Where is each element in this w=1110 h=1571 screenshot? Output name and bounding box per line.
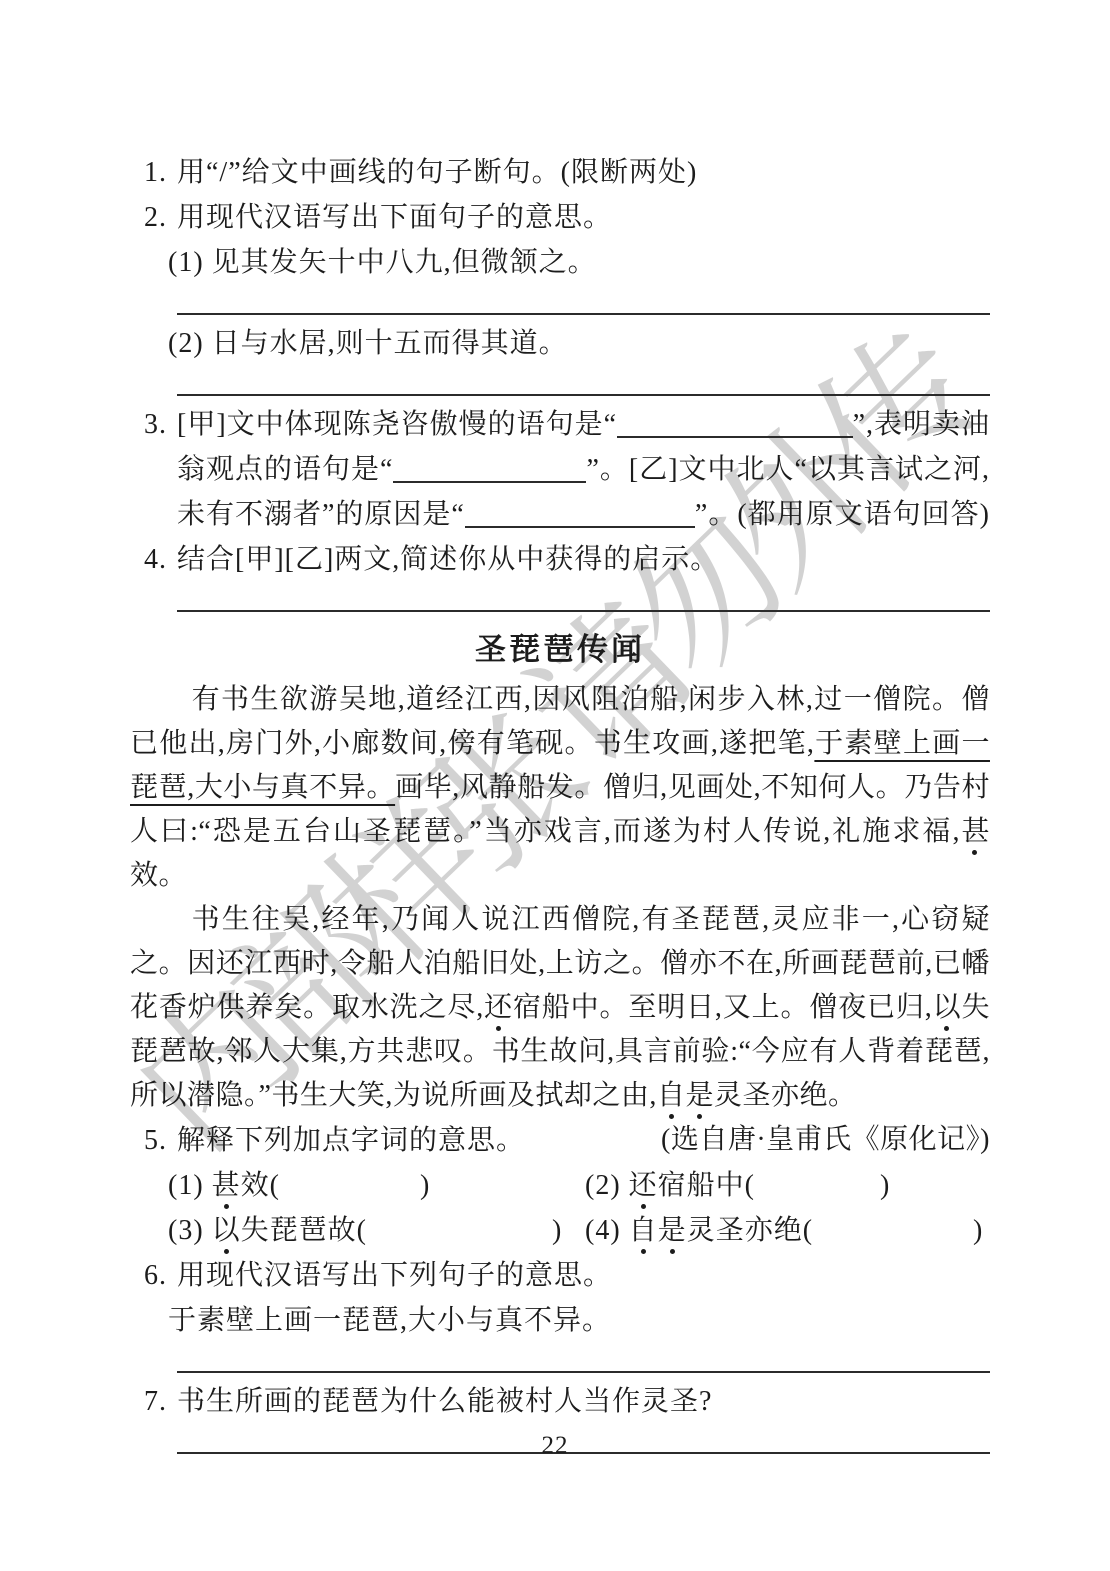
fill-blank: [393, 473, 586, 483]
question-text: 用现代汉语写出下面句子的意思。: [177, 195, 990, 240]
passage-title: 圣琵琶传闻: [130, 626, 990, 674]
question-line: 3.[甲]文中体现陈尧咨傲慢的语句是“”,表明卖油: [130, 402, 990, 447]
question-text: [甲]文中体现陈尧咨傲慢的语句是“”,表明卖油: [177, 402, 990, 447]
text-run: 宿船中(: [658, 1170, 755, 1201]
text-run: 书生所画的琵琶为什么能被村人当作灵圣?: [177, 1386, 712, 1417]
emphasized-char: 以: [932, 992, 961, 1023]
paren-gap: [755, 1193, 880, 1194]
text-run: ”。[乙]文中北人“以其言试之河,: [586, 447, 990, 492]
text-run: ): [420, 1170, 430, 1201]
question-line: 1.用“/”给文中画线的句子断句。(限断两处): [130, 150, 990, 195]
questions-section-1: 1.用“/”给文中画线的句子断句。(限断两处)2.用现代汉语写出下面句子的意思。…: [130, 150, 990, 612]
emphasized-char: 是: [658, 1215, 687, 1246]
definition-item: (4) 自是灵圣亦绝(): [585, 1208, 990, 1253]
question-line: 5.解释下列加点字词的意思。: [130, 1118, 599, 1163]
text-run: 灵圣亦绝(: [687, 1215, 813, 1246]
passage-section: 有书生欲游吴地,道经江西,因风阻泊船,闲步入林,过一僧院。僧已他出,房门外,小廊…: [130, 678, 990, 1118]
definition-item: (3) 以失琵琶故(): [168, 1208, 585, 1253]
text-run: (1): [168, 1170, 212, 1201]
question-line: 4.结合[甲][乙]两文,简述你从中获得的启示。: [130, 537, 990, 582]
text-run: 用“/”给文中画线的句子断句。(限断两处): [177, 157, 697, 188]
text-run: 翁观点的语句是“: [177, 447, 393, 492]
question-number: 6.: [144, 1253, 177, 1298]
text-run: ): [973, 1215, 983, 1246]
question-number: 5.: [144, 1118, 177, 1163]
text-run: 用现代汉语写出下列句子的意思。: [177, 1260, 612, 1291]
text-run: 用现代汉语写出下面句子的意思。: [177, 202, 612, 233]
question-continuation: 翁观点的语句是“”。[乙]文中北人“以其言试之河,: [177, 447, 990, 492]
text-run: (2) 日与水居,则十五而得其道。: [168, 328, 568, 359]
text-run: 效(: [241, 1170, 280, 1201]
question-number: 7.: [144, 1379, 177, 1424]
text-run: 灵圣亦绝。: [714, 1080, 857, 1111]
emphasized-char: 甚: [212, 1170, 241, 1201]
passage-paragraph: 有书生欲游吴地,道经江西,因风阻泊船,闲步入林,过一僧院。僧已他出,房门外,小廊…: [130, 678, 990, 898]
text-run: 效。: [130, 860, 187, 891]
emphasized-char: 还: [484, 992, 513, 1023]
text-run: [甲]文中体现陈尧咨傲慢的语句是“: [177, 402, 617, 447]
answer-line: [177, 1371, 990, 1373]
sub-item: (2) 日与水居,则十五而得其道。: [168, 321, 990, 366]
fill-blank: [465, 518, 695, 528]
definition-row: (1) 甚效()(2) 还宿船中(): [168, 1163, 990, 1208]
definition-row: (3) 以失琵琶故()(4) 自是灵圣亦绝(): [168, 1208, 990, 1253]
question-text: 用“/”给文中画线的句子断句。(限断两处): [177, 150, 990, 195]
question-text: 书生所画的琵琶为什么能被村人当作灵圣?: [177, 1379, 990, 1424]
emphasized-char: 是: [685, 1080, 714, 1111]
sub-item: (1) 见其发矢十中八九,但微颔之。: [168, 240, 990, 285]
question-text: 结合[甲][乙]两文,简述你从中获得的启示。: [177, 537, 990, 582]
definition-item: (2) 还宿船中(): [585, 1163, 990, 1208]
emphasized-char: 自: [629, 1215, 658, 1246]
text-run: 结合[甲][乙]两文,简述你从中获得的启示。: [177, 544, 719, 575]
sub-item: 于素壁上画一琵琶,大小与真不异。: [168, 1298, 990, 1343]
emphasized-char: 甚: [960, 816, 990, 847]
paren-gap: [813, 1238, 973, 1239]
text-run: (1) 见其发矢十中八九,但微颔之。: [168, 247, 597, 278]
question-text: 用现代汉语写出下列句子的意思。: [177, 1253, 990, 1298]
text-run: ”。(都用原文语句回答): [695, 492, 990, 537]
answer-line: [177, 394, 990, 396]
text-run: 未有不溺者”的原因是“: [177, 492, 465, 537]
question-text: 解释下列加点字词的意思。: [177, 1118, 599, 1163]
text-run: 于素壁上画一琵琶,大小与真不异。: [168, 1305, 611, 1336]
question-number: 4.: [144, 537, 177, 582]
emphasized-char: 还: [629, 1170, 658, 1201]
question-line: 6.用现代汉语写出下列句子的意思。: [130, 1253, 990, 1298]
passage-paragraph: 书生往吴,经年,乃闻人说江西僧院,有圣琵琶,灵应非一,心窃疑之。因还江西时,令船…: [130, 898, 990, 1118]
text-run: (4): [585, 1215, 629, 1246]
answer-line: [177, 610, 990, 612]
questions-section-2: 5.解释下列加点字词的意思。(1) 甚效()(2) 还宿船中()(3) 以失琵琶…: [130, 1118, 990, 1454]
text-run: (2): [585, 1170, 629, 1201]
question-number: 1.: [144, 150, 177, 195]
question-number: 3.: [144, 402, 177, 447]
question-number: 2.: [144, 195, 177, 240]
text-run: (3): [168, 1215, 212, 1246]
emphasized-char: 自: [657, 1080, 686, 1111]
paren-gap: [280, 1193, 420, 1194]
text-run: 宿船中。至明日,又上。僧夜已归,: [513, 992, 932, 1023]
text-run: ”,表明卖油: [853, 402, 990, 447]
text-run: 解释下列加点字词的意思。: [177, 1125, 525, 1156]
text-run: ): [552, 1215, 562, 1246]
text-run: 失琵琶故(: [241, 1215, 367, 1246]
page-number: 22: [0, 1432, 1110, 1460]
question-line: 2.用现代汉语写出下面句子的意思。: [130, 195, 990, 240]
paren-gap: [367, 1238, 552, 1239]
workbook-page: 内部样张 请勿外传 1.用“/”给文中画线的句子断句。(限断两处)2.用现代汉语…: [0, 0, 1110, 1571]
answer-line: [177, 313, 990, 315]
source-attribution: (选自唐·皇甫氏《原化记》): [599, 1118, 990, 1162]
emphasized-char: 以: [212, 1215, 241, 1246]
question-line: 7.书生所画的琵琶为什么能被村人当作灵圣?: [130, 1379, 990, 1424]
text-run: ): [880, 1170, 890, 1201]
question-continuation: 未有不溺者”的原因是“”。(都用原文语句回答): [177, 492, 990, 537]
fill-blank: [617, 428, 852, 438]
definition-item: (1) 甚效(): [168, 1163, 585, 1208]
page-content: 1.用“/”给文中画线的句子断句。(限断两处)2.用现代汉语写出下面句子的意思。…: [130, 150, 990, 1460]
